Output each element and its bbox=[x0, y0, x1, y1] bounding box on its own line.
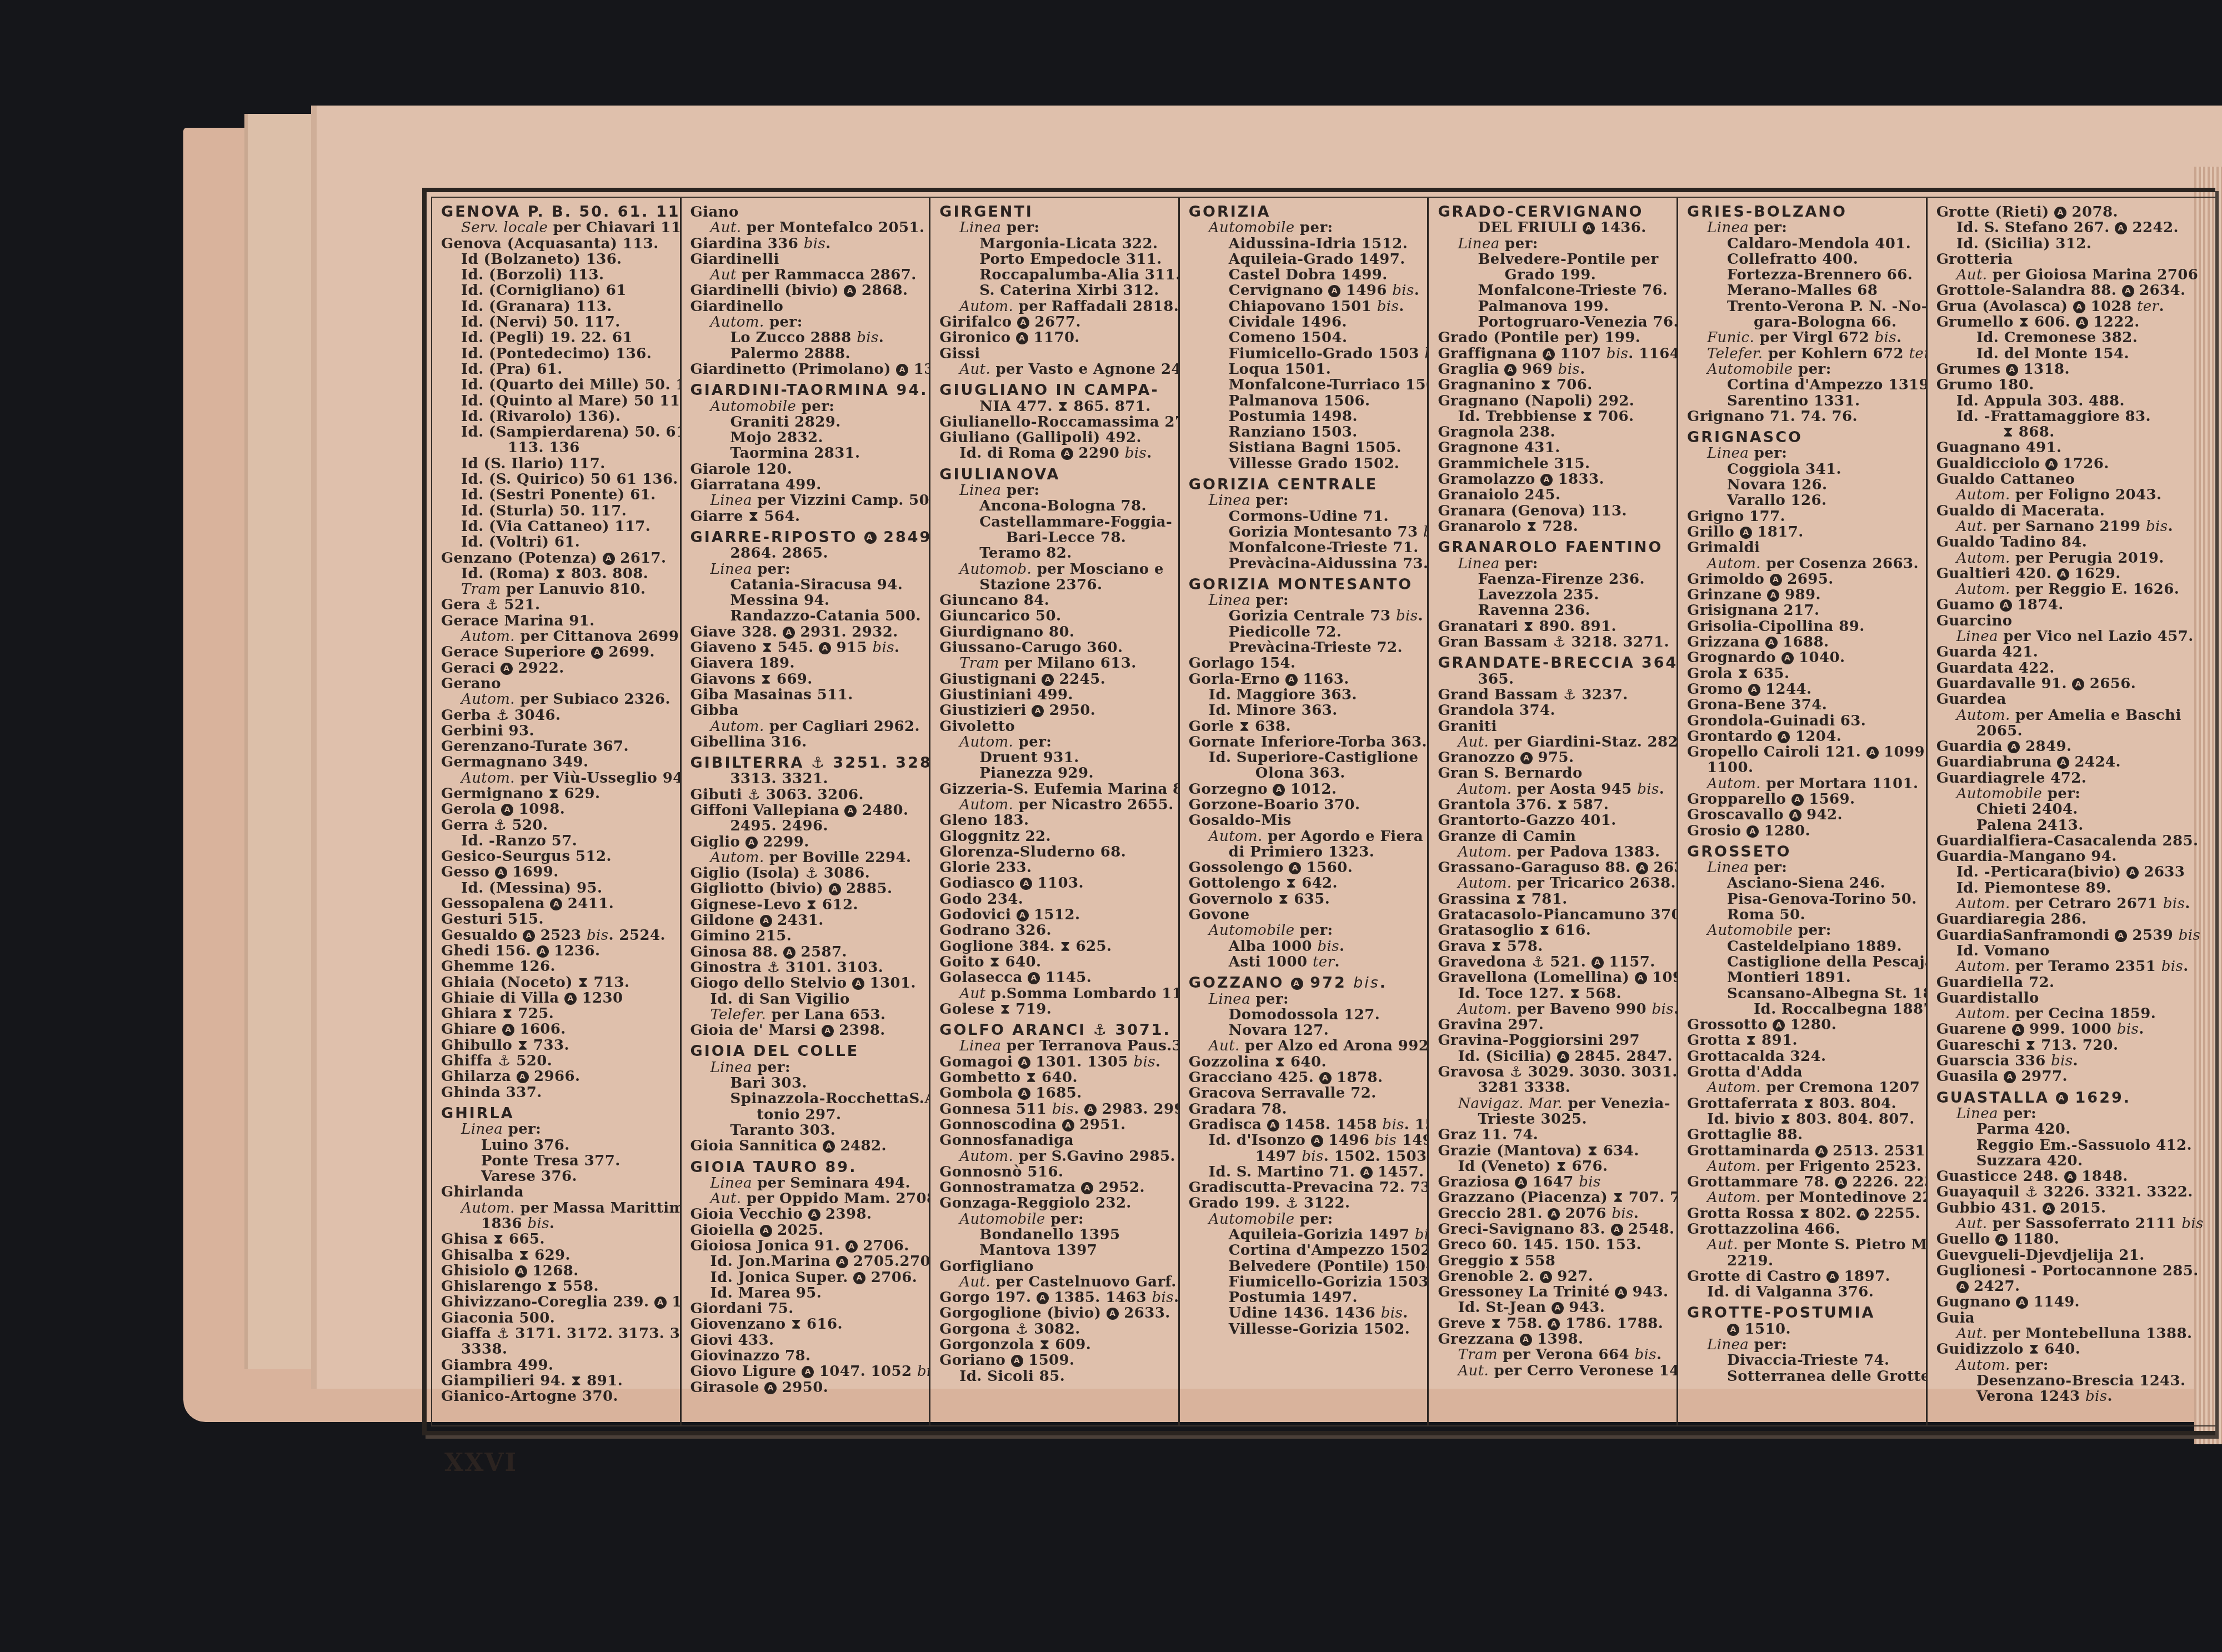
italic-service-label: bis bbox=[2179, 927, 2201, 944]
automobile-symbol-icon: A bbox=[1062, 1119, 1074, 1132]
index-entry: Gorzone-Boario 370. bbox=[1189, 797, 1422, 813]
index-entry: Ghiare A 1606. bbox=[441, 1022, 674, 1037]
index-entry: Gissi bbox=[939, 346, 1173, 362]
italic-service-label: Linea bbox=[1707, 1336, 1749, 1353]
index-entry: Gravedona ⚓ 521. A 1157. bbox=[1438, 954, 1671, 970]
index-entry: Id. (Pegli) 19. 22. 61 bbox=[441, 330, 674, 346]
italic-service-label: Autom. bbox=[710, 849, 764, 866]
index-entry: Gromo A 1244. bbox=[1687, 682, 1920, 697]
index-entry: Giordani 75. bbox=[690, 1301, 924, 1316]
italic-service-label: bis bbox=[1874, 329, 1896, 346]
index-entry: Gropparello A 1569. bbox=[1687, 792, 1920, 807]
index-entry: Gorzegno A 1012. bbox=[1189, 782, 1422, 797]
rail-bell-symbol-icon: ⧗ bbox=[1541, 377, 1552, 393]
index-entry: Parma 420. bbox=[1936, 1122, 2210, 1137]
index-entry: Grola ⧗ 635. bbox=[1687, 666, 1920, 682]
index-entry: Grottaglie 88. bbox=[1687, 1127, 1920, 1143]
automobile-symbol-icon: A bbox=[1740, 527, 1752, 539]
automobile-symbol-icon: A bbox=[2064, 1171, 2076, 1183]
italic-service-label: Aut. bbox=[1956, 267, 1988, 283]
index-entry: Id. -Ranzo 57. bbox=[441, 833, 674, 849]
italic-service-label: bis bbox=[2146, 518, 2168, 535]
italic-service-label: Linea bbox=[1209, 592, 1250, 609]
italic-service-label: Aut. bbox=[710, 1190, 742, 1207]
index-entry: Giarre ⧗ 564. bbox=[690, 509, 924, 524]
index-entry: Grisolia-Cipollina 89. bbox=[1687, 619, 1920, 634]
index-entry: Grottaminarda A 2513. 2531. bbox=[1687, 1143, 1920, 1159]
index-entry: Autom. per Montedinove 2224 bbox=[1687, 1190, 1920, 1205]
automobile-symbol-icon: A bbox=[1267, 1119, 1279, 1132]
italic-service-label: Tram bbox=[959, 655, 999, 672]
index-entry: Autom. per Cremona 1207 bis. bbox=[1687, 1080, 1920, 1095]
index-entry: Linea per: bbox=[1438, 236, 1671, 252]
index-entry: Id. -Frattamaggiore 83. bbox=[1936, 409, 2210, 424]
italic-service-label: Aut. bbox=[1956, 518, 1988, 535]
italic-service-label: Aut. bbox=[1956, 1215, 1988, 1232]
index-entry: Sotterranea delle Grotte 405. bbox=[1687, 1369, 1920, 1384]
italic-service-label: Linea bbox=[1458, 555, 1499, 572]
automobile-symbol-icon: A bbox=[1835, 1177, 1847, 1189]
index-entry: Autom. per Viù-Usseglio 940 bbox=[441, 770, 674, 786]
index-entry: Monfalcone-Trieste 76. bbox=[1438, 283, 1671, 298]
index-entry: Linea per: bbox=[441, 1122, 674, 1137]
rail-bell-symbol-icon: ⧗ bbox=[1570, 985, 1580, 1002]
automobile-symbol-icon: A bbox=[1781, 652, 1794, 664]
italic-service-label: Aut. bbox=[710, 219, 742, 236]
index-entry: Grizzana A 1688. bbox=[1687, 634, 1920, 650]
station-heading: GIARRE-RIPOSTO A 2849. bbox=[690, 530, 924, 545]
index-entry: Linea per: bbox=[1189, 493, 1422, 508]
index-entry: Gualdo di Macerata. bbox=[1936, 503, 2210, 519]
index-entry: Germignano ⧗ 629. bbox=[441, 786, 674, 802]
index-entry: Gran S. Bernardo bbox=[1438, 765, 1671, 781]
index-entry: Giano bbox=[690, 204, 924, 220]
automobile-symbol-icon: A bbox=[1018, 1088, 1030, 1100]
index-entry: Monfalcone-Turriaco 1500. bbox=[1189, 377, 1422, 393]
automobile-symbol-icon: A bbox=[808, 1209, 820, 1221]
rail-bell-symbol-icon: ⧗ bbox=[989, 954, 1000, 970]
index-entry: Pisa-Genova-Torino 50. bbox=[1687, 892, 1920, 907]
rail-bell-symbol-icon: ⧗ bbox=[807, 897, 817, 913]
automobile-symbol-icon: A bbox=[1311, 1135, 1323, 1147]
italic-service-label: ter bbox=[1909, 346, 1928, 362]
automobile-symbol-icon: A bbox=[783, 627, 795, 639]
ship-symbol-icon: ⚓ bbox=[493, 817, 507, 834]
automobile-symbol-icon: A bbox=[1746, 825, 1759, 838]
station-heading: GRIES-BOLZANO bbox=[1687, 204, 1920, 220]
index-entry: Graniti bbox=[1438, 719, 1671, 734]
index-entry: Villesse-Gorizia 1502. bbox=[1189, 1321, 1422, 1337]
index-entry: Gorizia Montesanto 73 bis. bbox=[1189, 524, 1422, 540]
index-entry: Varese 376. bbox=[441, 1169, 674, 1184]
automobile-symbol-icon: A bbox=[764, 1382, 777, 1394]
index-entry: Ghibullo ⧗ 733. bbox=[441, 1038, 674, 1053]
index-entry: Aquileia-Grado 1497. bbox=[1189, 252, 1422, 267]
index-entry: Greve ⧗ 758. A 1786. 1788. bbox=[1438, 1316, 1671, 1331]
index-entry: Loqua 1501. bbox=[1189, 362, 1422, 377]
index-entry: Guarda 421. bbox=[1936, 644, 2210, 660]
automobile-symbol-icon: A bbox=[1107, 1308, 1119, 1320]
index-entry: Automobile per: bbox=[1687, 923, 1920, 938]
index-column-7: Grotte (Rieti) A 2078.Id. S. Stefano 267… bbox=[1928, 198, 2215, 1425]
automobile-symbol-icon: A bbox=[2057, 568, 2069, 580]
italic-service-label: bis bbox=[1607, 346, 1629, 362]
index-entry: Id. di Roma A 2290 bis. bbox=[939, 445, 1173, 461]
station-heading: GIRGENTI bbox=[939, 204, 1173, 220]
index-entry: Autom. per Amelia e Baschi bbox=[1936, 708, 2210, 723]
automobile-symbol-icon: A bbox=[1515, 1177, 1527, 1189]
index-column-6: GRIES-BOLZANOLinea per:Caldaro-Mendola 4… bbox=[1678, 198, 1928, 1425]
index-entry: Autom. per: bbox=[1936, 1358, 2210, 1373]
italic-service-label: bis bbox=[1612, 1205, 1634, 1222]
index-entry: Grand Bassam ⚓ 3237. bbox=[1438, 687, 1671, 703]
index-entry: Gonzaga-Reggiolo 232. bbox=[939, 1195, 1173, 1211]
index-entry: Varallo 126. bbox=[1687, 493, 1920, 508]
automobile-symbol-icon: A bbox=[2126, 867, 2139, 879]
index-entry: Glorie 233. bbox=[939, 860, 1173, 875]
index-entry: Granarolo ⧗ 728. bbox=[1438, 519, 1671, 534]
automobile-symbol-icon: A bbox=[2043, 1203, 2055, 1215]
index-entry: Giardina 336 bis. bbox=[690, 236, 924, 252]
automobile-symbol-icon: A bbox=[1285, 674, 1298, 686]
index-entry: 3313. 3321. bbox=[690, 771, 924, 787]
index-entry: Gratasoglio ⧗ 616. bbox=[1438, 923, 1671, 938]
index-entry: Luino 376. bbox=[441, 1138, 674, 1153]
rail-bell-symbol-icon: ⧗ bbox=[1613, 1189, 1624, 1206]
index-entry: Ghiffa ⚓ 520. bbox=[441, 1053, 674, 1069]
index-entry: Linea per Seminara 494. bbox=[690, 1175, 924, 1191]
index-entry: Id. S. Stefano 267. A 2242. bbox=[1936, 220, 2210, 236]
automobile-symbol-icon: A bbox=[1017, 909, 1029, 922]
automobile-symbol-icon: A bbox=[1011, 1355, 1023, 1367]
index-entry: Ginostra ⚓ 3101. 3103. bbox=[690, 960, 924, 975]
automobile-symbol-icon: A bbox=[1042, 674, 1054, 686]
italic-service-label: bis bbox=[2161, 958, 2184, 975]
index-entry: Giovo Ligure A 1047. 1052 bis. bbox=[690, 1364, 924, 1379]
index-entry: Gugnano A 1149. bbox=[1936, 1294, 2210, 1310]
index-entry: Id. -Perticara(bivio) A 2633 bbox=[1936, 864, 2210, 880]
index-entry: Asciano-Siena 246. bbox=[1687, 875, 1920, 891]
index-entry: Greco 60. 145. 150. 153. bbox=[1438, 1237, 1671, 1253]
index-entry: Id. Vomano bbox=[1936, 943, 2210, 959]
italic-service-label: Autom. bbox=[1707, 555, 1761, 572]
index-entry: Automobile per: bbox=[1189, 220, 1422, 236]
automobile-symbol-icon: A bbox=[1767, 589, 1779, 602]
italic-service-label: Automobile bbox=[1209, 219, 1295, 236]
index-entry: Gorgo 197. A 1385. 1463 bis. bbox=[939, 1290, 1173, 1305]
index-entry: Id. Trebbiense ⧗ 706. bbox=[1438, 409, 1671, 424]
index-entry: Id. S. Martino 71. A 1457. bbox=[1189, 1164, 1422, 1180]
index-entry: Catania-Siracusa 94. bbox=[690, 577, 924, 593]
rail-bell-symbol-icon: ⧗ bbox=[1039, 1336, 1050, 1353]
index-entry: Grassina ⧗ 781. bbox=[1438, 892, 1671, 907]
index-entry: Autom. per Subiaco 2326. bbox=[441, 692, 674, 707]
index-entry: Spinazzola-RocchettaS.An- bbox=[690, 1091, 924, 1107]
index-entry: Guasticce 248. A 1848. bbox=[1936, 1169, 2210, 1184]
automobile-symbol-icon: A bbox=[802, 1366, 814, 1378]
index-entry: Grillo A 1817. bbox=[1687, 524, 1920, 540]
index-entry: Comeno 1504. bbox=[1189, 330, 1422, 346]
index-entry: Grotta Rossa ⧗ 802. A 2255. bbox=[1687, 1206, 1920, 1222]
index-entry: Guareschi ⧗ 713. 720. bbox=[1936, 1038, 2210, 1053]
automobile-symbol-icon: A bbox=[2045, 458, 2058, 470]
index-entry: A 1510. bbox=[1687, 1321, 1920, 1337]
italic-service-label: Linea bbox=[1209, 991, 1250, 1008]
italic-service-label: Aut. bbox=[959, 1274, 990, 1290]
ship-symbol-icon: ⚓ bbox=[767, 959, 780, 976]
index-entry: Palermo 2888. bbox=[690, 346, 924, 362]
index-entry: Margonia-Licata 322. bbox=[939, 236, 1173, 252]
index-entry: Gradara 78. bbox=[1189, 1102, 1422, 1117]
italic-service-label: bis bbox=[1637, 781, 1659, 798]
index-entry: Id. Marea 95. bbox=[690, 1285, 924, 1301]
index-entry: Tram per Milano 613. bbox=[939, 655, 1173, 671]
index-entry: Linea per: bbox=[939, 483, 1173, 498]
rail-bell-symbol-icon: ⧗ bbox=[1516, 891, 1527, 908]
index-entry: Groscavallo A 942. bbox=[1687, 807, 1920, 823]
index-entry: Aut. per Cerro Veronese 1410. bbox=[1438, 1363, 1671, 1379]
italic-service-label: bis bbox=[527, 1215, 549, 1232]
italic-service-label: bis bbox=[1396, 608, 1418, 624]
italic-service-label: Autom. bbox=[1956, 581, 2010, 598]
automobile-symbol-icon: A bbox=[822, 1025, 834, 1037]
index-column-3: GIRGENTILinea per:Margonia-Licata 322.Po… bbox=[930, 198, 1180, 1425]
index-entry: Desenzano-Brescia 1243. bbox=[1936, 1373, 2210, 1389]
italic-service-label: bis bbox=[1579, 1174, 1601, 1190]
automobile-symbol-icon: A bbox=[844, 805, 857, 817]
index-entry: Graffignana A 1107 bis. 1164. bbox=[1438, 346, 1671, 362]
index-entry: Id. bivio ⧗ 803. 804. 807. bbox=[1687, 1112, 1920, 1127]
automobile-symbol-icon: A bbox=[2006, 364, 2018, 376]
automobile-symbol-icon: A bbox=[2004, 1071, 2016, 1083]
index-entry: Grigno 177. bbox=[1687, 509, 1920, 524]
index-entry: Telefer. per Lana 653. bbox=[690, 1007, 924, 1023]
index-entry: Cividale 1496. bbox=[1189, 314, 1422, 330]
index-entry: Giuncano 84. bbox=[939, 593, 1173, 608]
automobile-symbol-icon: A bbox=[1778, 731, 1790, 743]
rail-bell-symbol-icon: ⧗ bbox=[748, 508, 759, 525]
index-entry: Guardea bbox=[1936, 692, 2210, 707]
italic-service-label: Autom. bbox=[959, 797, 1013, 813]
index-entry: Id. del Monte 154. bbox=[1936, 346, 2210, 362]
automobile-symbol-icon: A bbox=[1727, 1324, 1739, 1336]
index-entry: Grimoldo A 2695. bbox=[1687, 572, 1920, 587]
automobile-symbol-icon: A bbox=[1635, 972, 1647, 984]
index-entry: Girifalco A 2677. bbox=[939, 314, 1173, 330]
index-entry: Aut. per Sassoferrato 2111 bis bbox=[1936, 1216, 2210, 1232]
index-entry: Messina 94. bbox=[690, 593, 924, 608]
rail-bell-symbol-icon: ⧗ bbox=[791, 1316, 802, 1333]
automobile-symbol-icon: A bbox=[1360, 1167, 1373, 1179]
index-entry: Aut. per Gioiosa Marina 2706 bbox=[1936, 267, 2210, 283]
italic-service-label: Autom. bbox=[959, 298, 1013, 315]
index-entry: Guglionesi - Portocannone 285. bbox=[1936, 1263, 2210, 1279]
index-entry: Gibuti ⚓ 3063. 3206. bbox=[690, 787, 924, 803]
index-entry: Grumes A 1318. bbox=[1936, 362, 2210, 377]
index-entry: Id. (Borzoli) 113. bbox=[441, 267, 674, 283]
index-entry: Gorgoglione (bivio) A 2633. bbox=[939, 1305, 1173, 1321]
index-entry: Gironico A 1170. bbox=[939, 330, 1173, 346]
index-entry: Palmanova 199. bbox=[1438, 299, 1671, 314]
italic-service-label: bis bbox=[1652, 1001, 1674, 1018]
index-entry: Linea per: bbox=[690, 562, 924, 577]
index-entry: Automob. per Mosciano e bbox=[939, 562, 1173, 577]
index-entry: Aut. per Monte S. Pietro Morico bbox=[1687, 1237, 1920, 1253]
italic-service-label: Linea bbox=[1956, 628, 1998, 645]
index-entry: Verona 1243 bis. bbox=[1936, 1389, 2210, 1404]
index-entry: Id. (Pra) 61. bbox=[441, 362, 674, 377]
index-entry: Gesualdo A 2523 bis. 2524. bbox=[441, 928, 674, 943]
italic-service-label: Automobile bbox=[959, 1211, 1045, 1228]
index-entry: Goito ⧗ 640. bbox=[939, 954, 1173, 970]
index-entry: Id. (Granara) 113. bbox=[441, 299, 674, 314]
index-entry: Giussano-Carugo 360. bbox=[939, 640, 1173, 655]
index-entry: Girasole A 2950. bbox=[690, 1380, 924, 1395]
automobile-symbol-icon: A bbox=[1557, 1051, 1569, 1063]
index-entry: Gigliotto (bivio) A 2885. bbox=[690, 881, 924, 897]
italic-service-label: Automobile bbox=[1209, 1211, 1295, 1228]
index-entry: Id. d'Isonzo A 1496 bis 1497. bbox=[1189, 1133, 1422, 1148]
italic-service-label: bis bbox=[1415, 1227, 1429, 1243]
index-entry: Gragnola 238. bbox=[1438, 424, 1671, 440]
index-entry: Autom. per Mortara 1101. bbox=[1687, 776, 1920, 792]
index-entry: Novara 126. bbox=[1687, 477, 1920, 493]
index-entry: Linea per: bbox=[1936, 1106, 2210, 1122]
index-entry: Genzano (Potenza) A 2617. bbox=[441, 550, 674, 566]
index-entry: Id. Roccalbegna 1887. bbox=[1687, 1002, 1920, 1017]
automobile-symbol-icon: A bbox=[1017, 317, 1029, 329]
index-entry: Autom. per Foligno 2043. bbox=[1936, 487, 2210, 503]
index-entry: Gosaldo-Mis bbox=[1189, 813, 1422, 828]
italic-service-label: bis bbox=[587, 927, 609, 944]
index-entry: Autom. per Tricarico 2638. bbox=[1438, 875, 1671, 891]
rail-bell-symbol-icon: ⧗ bbox=[1060, 938, 1071, 955]
index-entry: Gressoney La Trinité A 943. bbox=[1438, 1284, 1671, 1300]
italic-service-label: Automobile bbox=[1209, 922, 1295, 939]
italic-service-label: bis bbox=[2051, 1053, 2073, 1069]
index-entry: Grotte di Castro A 1897. bbox=[1687, 1269, 1920, 1284]
ship-symbol-icon: ⚓ bbox=[748, 787, 761, 803]
italic-service-label: bis bbox=[2117, 1021, 2139, 1038]
index-entry: 3338. bbox=[441, 1341, 674, 1357]
index-entry: Id. di San Vigilio bbox=[690, 992, 924, 1007]
automobile-symbol-icon: A bbox=[2072, 678, 2084, 690]
index-entry: Automobile per: bbox=[1189, 923, 1422, 938]
index-entry: Randazzo-Catania 500. bbox=[690, 608, 924, 624]
rail-bell-symbol-icon: ⧗ bbox=[1286, 875, 1297, 892]
index-entry: Bari-Lecce 78. bbox=[939, 530, 1173, 545]
automobile-symbol-icon: A bbox=[760, 915, 772, 927]
automobile-symbol-icon: A bbox=[1273, 784, 1285, 796]
index-entry: Greccio 281. A 2076 bis. bbox=[1438, 1206, 1671, 1222]
index-entry: Granze di Camin bbox=[1438, 829, 1671, 844]
index-columns: GENOVA P. B. 50. 61. 113.Serv. locale pe… bbox=[431, 197, 2215, 1426]
index-entry: Gioia Sannitica A 2482. bbox=[690, 1138, 924, 1154]
index-entry: Cortina d'Ampezzo 1319. bbox=[1687, 377, 1920, 393]
index-entry: Gualdicciolo A 1726. bbox=[1936, 456, 2210, 472]
index-entry: Grado 199. ⚓ 3122. bbox=[1189, 1195, 1422, 1211]
italic-service-label: bis bbox=[1317, 938, 1339, 955]
automobile-symbol-icon: A bbox=[1520, 1334, 1532, 1346]
index-entry: Gorgonzola ⧗ 609. bbox=[939, 1337, 1173, 1353]
index-entry: 113. 136 bbox=[441, 440, 674, 455]
italic-service-label: Automob. bbox=[959, 561, 1032, 578]
index-entry: Serv. locale per Chiavari 117 bbox=[441, 220, 674, 236]
index-entry: Guardavalle 91. A 2656. bbox=[1936, 676, 2210, 692]
rail-bell-symbol-icon: ⧗ bbox=[1523, 618, 1534, 635]
italic-service-label: Autom. bbox=[461, 1200, 515, 1217]
automobile-symbol-icon: A bbox=[1866, 747, 1879, 759]
italic-service-label: Autom. bbox=[1707, 1189, 1761, 1206]
index-entry: Guardia-Mangano 94. bbox=[1936, 849, 2210, 864]
italic-service-label: Aut. bbox=[959, 361, 990, 378]
index-entry: Gorgona ⚓ 3082. bbox=[939, 1321, 1173, 1337]
index-entry: Id. Sicoli 85. bbox=[939, 1369, 1173, 1384]
italic-service-label: bis bbox=[1634, 1346, 1657, 1363]
automobile-symbol-icon: A bbox=[1028, 972, 1040, 984]
italic-service-label: bis bbox=[1423, 524, 1429, 540]
index-entry: Guardialfiera-Casacalenda 285. bbox=[1936, 833, 2210, 849]
rail-bell-symbol-icon: ⧗ bbox=[762, 639, 773, 656]
index-entry: Ghislarengo ⧗ 558. bbox=[441, 1279, 674, 1294]
index-entry: Id. (Messina) 95. bbox=[441, 880, 674, 896]
automobile-symbol-icon: A bbox=[603, 553, 615, 565]
rail-bell-symbol-icon: ⧗ bbox=[1278, 891, 1289, 908]
index-entry: Autom. per Cecina 1859. bbox=[1936, 1006, 2210, 1022]
rail-bell-symbol-icon: ⧗ bbox=[2019, 314, 2029, 331]
index-entry: Gornate Inferiore-Torba 363. bbox=[1189, 734, 1422, 750]
rail-bell-symbol-icon: ⧗ bbox=[1780, 1111, 1791, 1128]
index-entry: Fiumicello-Gorizia 1503 bis bbox=[1189, 1274, 1422, 1290]
automobile-symbol-icon: A bbox=[501, 804, 513, 816]
index-entry: Gibellina 316. bbox=[690, 734, 924, 750]
index-entry: Guardiaregia 286. bbox=[1936, 912, 2210, 927]
italic-service-label: Autom. bbox=[1956, 487, 2010, 503]
index-entry: gara-Bologna 66. bbox=[1687, 314, 1920, 330]
italic-service-label: bis bbox=[1375, 1132, 1397, 1149]
index-entry: Reggio Em.-Sassuolo 412. bbox=[1936, 1138, 2210, 1153]
rail-bell-symbol-icon: ⧗ bbox=[519, 1247, 529, 1264]
index-entry: Giustizieri A 2950. bbox=[939, 703, 1173, 718]
index-entry: Tram per Verona 664 bis. bbox=[1438, 1347, 1671, 1363]
italic-service-label: Linea bbox=[1707, 859, 1749, 876]
index-entry: Giavera 189. bbox=[690, 655, 924, 671]
index-entry: Guardiagrele 472. bbox=[1936, 770, 2210, 786]
automobile-symbol-icon: A bbox=[1543, 348, 1555, 361]
index-entry: 2864. 2865. bbox=[690, 545, 924, 561]
station-heading: GIBILTERRA ⚓ 3251. 3286. bbox=[690, 755, 924, 771]
index-entry: Telefer. per Kohlern 672 ter. bbox=[1687, 346, 1920, 362]
index-entry: Gioiosa Jonica 91. A 2706. bbox=[690, 1238, 924, 1254]
index-entry: Autom. per Agordo e Fiera bbox=[1189, 829, 1422, 844]
index-entry: Automobile per: bbox=[939, 1212, 1173, 1227]
station-heading: GUASTALLA A 1629. bbox=[1936, 1090, 2210, 1106]
automobile-symbol-icon: A bbox=[783, 947, 795, 959]
index-entry: Gorfigliano bbox=[939, 1259, 1173, 1274]
index-entry: Grottaferrata ⧗ 803. 804. bbox=[1687, 1096, 1920, 1112]
automobile-symbol-icon: A bbox=[760, 1225, 772, 1237]
index-entry: Id. (S. Quirico) 50 61 136. bbox=[441, 472, 674, 487]
index-entry: Granatari ⧗ 890. 891. bbox=[1438, 619, 1671, 634]
index-entry: Id. (Sicilia) A 2845. 2847. bbox=[1438, 1049, 1671, 1064]
italic-service-label: Automobile bbox=[1707, 361, 1793, 378]
index-entry: Novara 127. bbox=[1189, 1023, 1422, 1038]
index-entry: Gualtieri 420. A 1629. bbox=[1936, 566, 2210, 582]
automobile-symbol-icon: A bbox=[836, 1256, 848, 1268]
index-entry: Linea per Vizzini Camp. 501 bbox=[690, 493, 924, 508]
index-entry: Grotta ⧗ 891. bbox=[1687, 1033, 1920, 1048]
index-entry: Chieti 2404. bbox=[1936, 802, 2210, 817]
